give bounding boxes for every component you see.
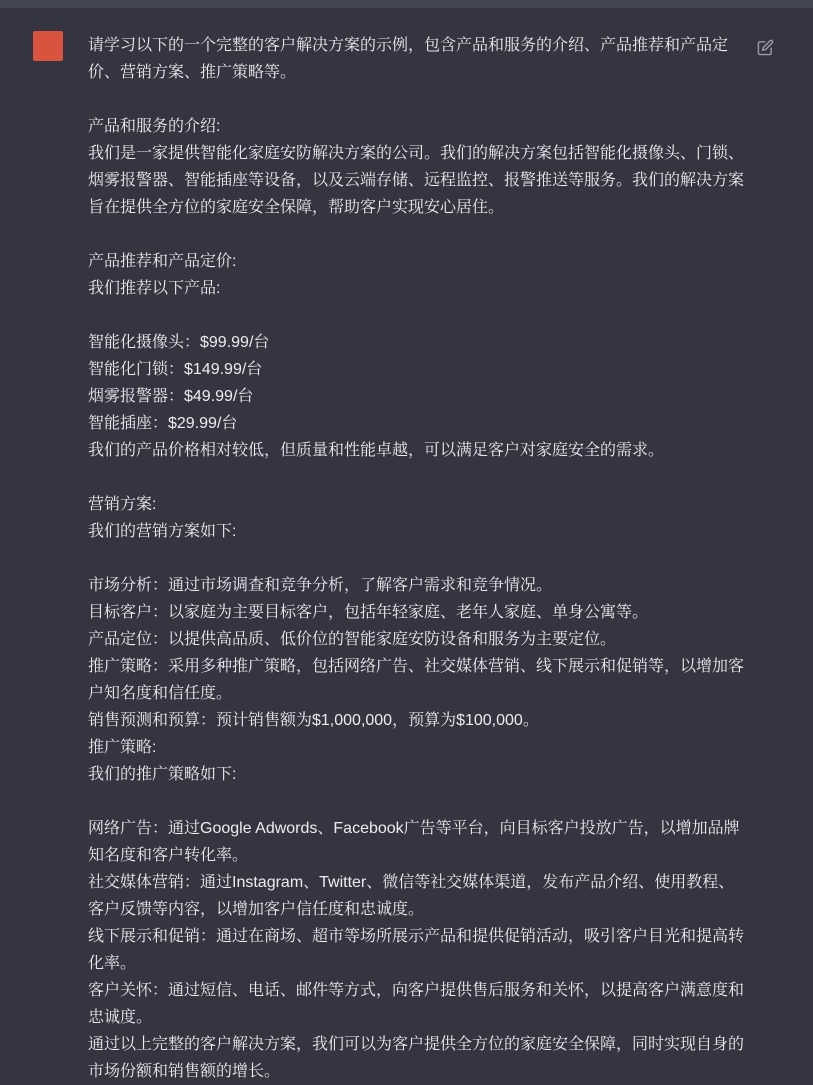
user-avatar	[33, 31, 63, 61]
previous-message-row-edge	[0, 0, 813, 8]
pencil-square-icon	[757, 39, 774, 56]
user-message-row: 请学习以下的一个完整的客户解决方案的示例，包含产品和服务的介绍、产品推荐和产品定…	[0, 8, 813, 980]
edit-message-button[interactable]	[754, 36, 776, 58]
message-text: 请学习以下的一个完整的客户解决方案的示例，包含产品和服务的介绍、产品推荐和产品定…	[88, 32, 748, 980]
